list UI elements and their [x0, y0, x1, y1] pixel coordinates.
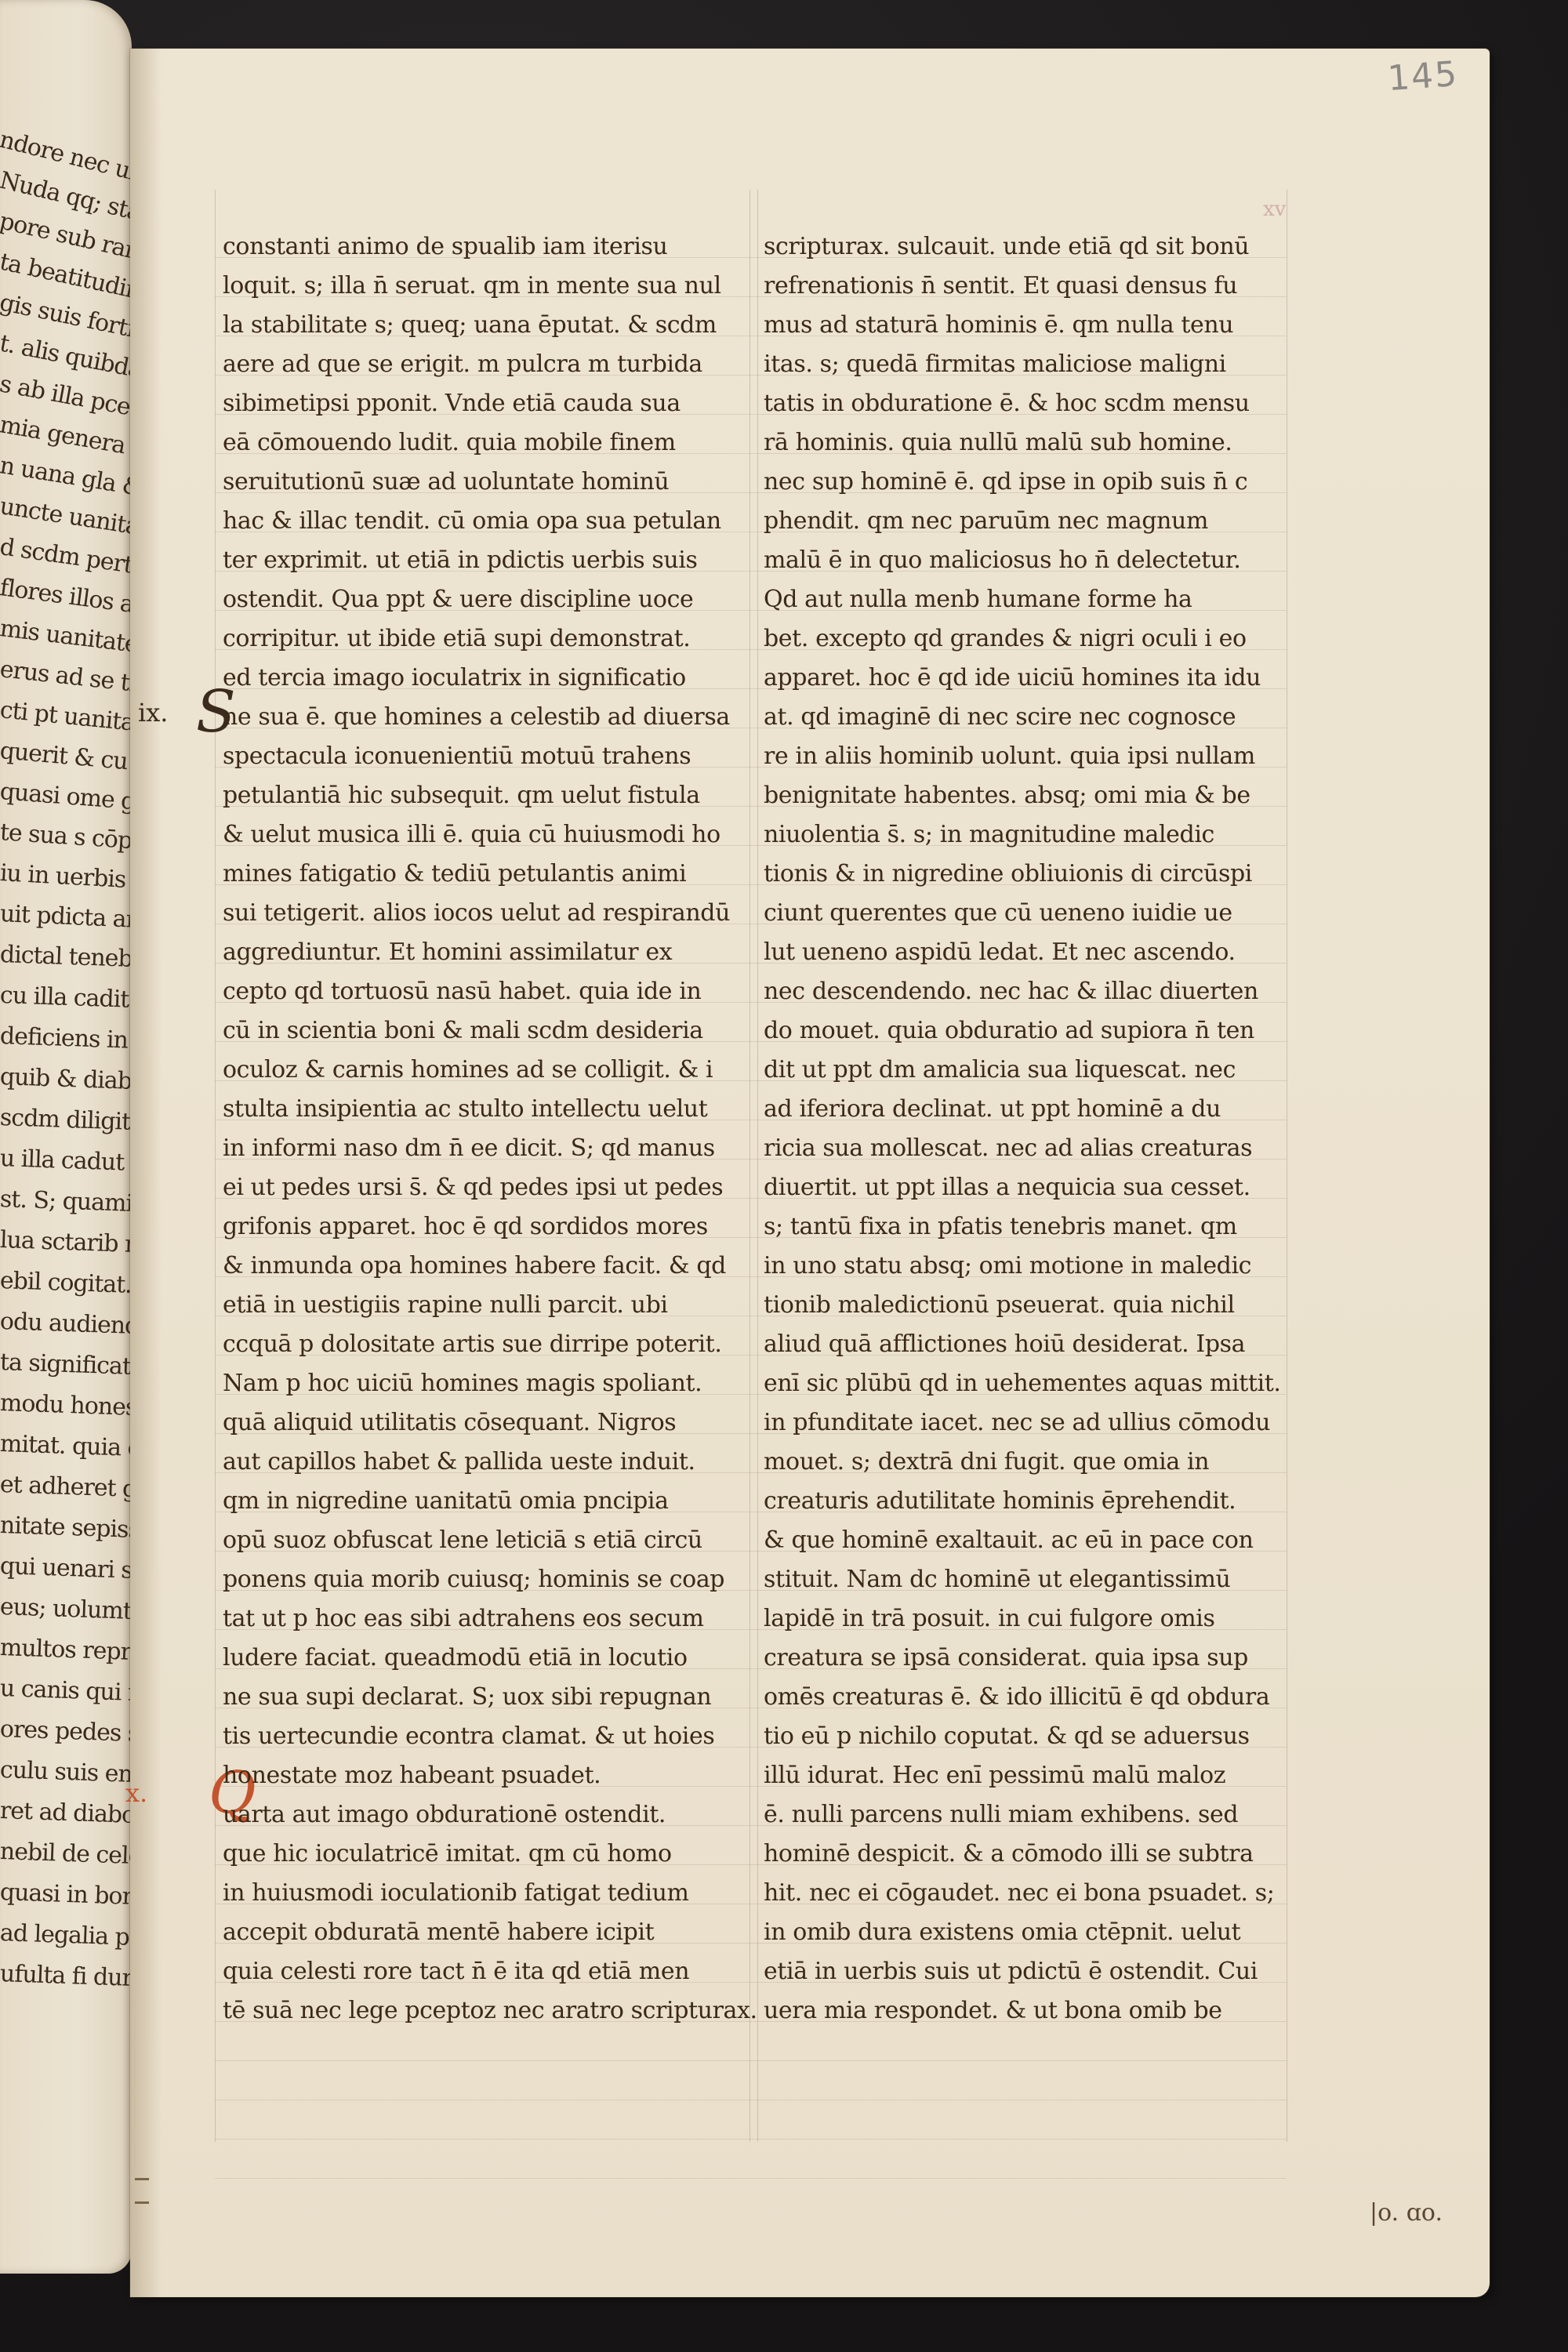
- text-line: refrenationis n̄ sentit. Et quasi densus…: [764, 267, 1312, 306]
- text-line: in omib dura existens omia ctēpnit. uelu…: [764, 1913, 1312, 1952]
- text-line: grifonis apparet. hoc ē qd sordidos more…: [223, 1207, 771, 1247]
- folio-number: 145: [1386, 54, 1459, 99]
- text-line: stulta insipientia ac stulto intellectu …: [223, 1090, 771, 1129]
- text-line: benignitate habentes. absq; omi mia & be: [764, 776, 1312, 815]
- text-line: & inmunda opa homines habere facit. & qd: [223, 1247, 771, 1286]
- text-line: & que hominē exaltauit. ac eū in pace co…: [764, 1521, 1312, 1560]
- text-line: tat ut p hoc eas sibi adtrahens eos secu…: [223, 1599, 771, 1639]
- text-line: mus ad staturā hominis ē. qm nulla tenu: [764, 306, 1312, 345]
- facing-page-line: eus; uolumtat: [0, 1593, 132, 1626]
- text-line: hominē despicit. & a cōmodo illi se subt…: [764, 1835, 1312, 1874]
- text-line: ter exprimit. ut etiā in pdictis uerbis …: [223, 541, 771, 580]
- text-line: in informi naso dm n̄ ee dicit. S; qd ma…: [223, 1129, 771, 1168]
- text-line: mines fatigatio & tediū petulantis animi: [223, 855, 771, 894]
- text-line: tatis in obduratione ē. & hoc scdm mensu: [764, 384, 1312, 423]
- facing-page-line: ufulta fi durig: [0, 1960, 132, 1993]
- text-line: ne sua ē. que homines a celestib ad diue…: [223, 698, 771, 737]
- ruling-line: [215, 2178, 1287, 2179]
- text-line: omēs creaturas ē. & ido illicitū ē qd ob…: [764, 1678, 1312, 1717]
- text-line: hac & illac tendit. cū omia opa sua petu…: [223, 502, 771, 541]
- facing-page-line: u canis qui mult: [0, 1675, 132, 1708]
- text-line: sibimetipsi pponit. Vnde etiā cauda sua: [223, 384, 771, 423]
- text-line: ludere faciat. queadmodū etiā in locutio: [223, 1639, 771, 1678]
- text-line: uarta aut imago obdurationē ostendit.: [223, 1795, 771, 1835]
- facing-page-line: u illa cadut celu: [0, 1145, 132, 1178]
- facing-page-line: odu audiend ip: [0, 1308, 132, 1341]
- text-line: ed tercia imago ioculatrix in significat…: [223, 659, 771, 698]
- text-line: tio eū p nichilo coputat. & qd se aduers…: [764, 1717, 1312, 1756]
- text-line: illū idurat. Hec enī pessimū malū maloz: [764, 1756, 1312, 1795]
- text-line: in uno statu absq; omi motione in maledi…: [764, 1247, 1312, 1286]
- text-line: cepto qd tortuosū nasū habet. quia ide i…: [223, 972, 771, 1011]
- facing-page-line: cu illa cadit. boni: [0, 982, 132, 1015]
- text-line: s; tantū fixa in pfatis tenebris manet. …: [764, 1207, 1312, 1247]
- text-line: dit ut ppt dm amalicia sua liquescat. ne…: [764, 1051, 1312, 1090]
- text-line: ponens quia morib cuiusq; hominis se coa…: [223, 1560, 771, 1599]
- binding-mark: [135, 2201, 149, 2204]
- text-line: corripitur. ut ibide etiā supi demonstra…: [223, 619, 771, 659]
- text-line: etiā in uerbis suis ut pdictū ē ostendit…: [764, 1952, 1312, 1991]
- facing-page-line: dictal tenebral corru: [0, 941, 132, 976]
- facing-page-line: te sua s cōponit. quia: [0, 818, 132, 862]
- marginal-numeral-x: x.: [125, 1778, 147, 1808]
- text-line: ostendit. Qua ppt & uere discipline uoce: [223, 580, 771, 619]
- ruling-line: [215, 2060, 1287, 2061]
- faint-rubric-mark: xv: [1263, 198, 1286, 221]
- text-line: opū suoz obfuscat lene leticiā s etiā ci…: [223, 1521, 771, 1560]
- facing-page-line: uit pdicta arbor rad: [0, 900, 132, 938]
- text-line: ne sua supi declarat. S; uox sibi repugn…: [223, 1678, 771, 1717]
- text-line: hit. nec ei cōgaudet. nec ei bona psuade…: [764, 1874, 1312, 1913]
- text-line: Qd aut nulla menb humane forme ha: [764, 580, 1312, 619]
- facing-page-line: et adheret gratia: [0, 1471, 132, 1504]
- text-line: honestate moz habeant psuadet.: [223, 1756, 771, 1795]
- text-line: tionis & in nigredine obliuionis di circ…: [764, 855, 1312, 894]
- text-column-right: scripturax. sulcauit. unde etiā qd sit b…: [764, 227, 1312, 2031]
- text-line: niuolentia s̄. s; in magnitudine maledic: [764, 815, 1312, 855]
- text-line: at. qd imaginē di nec scire nec cognosce: [764, 698, 1312, 737]
- text-line: ei ut pedes ursi s̄. & qd pedes ipsi ut …: [223, 1168, 771, 1207]
- facing-page-line: nebil de celesti: [0, 1838, 132, 1871]
- text-line: cū in scientia boni & mali scdm desideri…: [223, 1011, 771, 1051]
- facing-page-line: quib & diabolus fuit: [0, 1063, 132, 1098]
- text-line: diuertit. ut ppt illas a nequicia sua ce…: [764, 1168, 1312, 1207]
- text-line: itas. s; quedā firmitas maliciose malign…: [764, 345, 1312, 384]
- text-line: in pfunditate iacet. nec se ad ullius cō…: [764, 1403, 1312, 1443]
- marginal-numeral-ix: ix.: [138, 698, 168, 728]
- text-line: Nam p hoc uiciū homines magis spoliant.: [223, 1364, 771, 1403]
- facing-page-line: multos reprehend: [0, 1634, 132, 1668]
- text-line: que hic ioculatricē imitat. qm cū homo: [223, 1835, 771, 1874]
- text-line: ad iferiora declinat. ut ppt hominē a du: [764, 1090, 1312, 1129]
- facing-page-line: culu suis ent: [0, 1756, 132, 1788]
- text-line: constanti animo de spualib iam iterisu: [223, 227, 771, 267]
- text-line: loquit. s; illa n̄ seruat. qm in mente s…: [223, 267, 771, 306]
- text-line: etiā in uestigiis rapine nulli parcit. u…: [223, 1286, 771, 1325]
- facing-page-line: modu honesta: [0, 1389, 132, 1422]
- text-line: tē suā nec lege pceptoz nec aratro scrip…: [223, 1991, 771, 2031]
- facing-page-edge: ndore nec ulla claritaNuda qq; stans bra…: [0, 0, 132, 2274]
- text-line: nec sup hominē ē. qd ipse in opib suis n…: [764, 463, 1312, 502]
- facing-page-line: ret ad diabolu p: [0, 1797, 132, 1831]
- text-line: qm in nigredine uanitatū omia pncipia: [223, 1482, 771, 1521]
- text-line: seruitutionū suæ ad uoluntate hominū: [223, 463, 771, 502]
- text-line: la stabilitate s; queq; uana ēputat. & s…: [223, 306, 771, 345]
- text-line: re in aliis hominib uolunt. quia ipsi nu…: [764, 737, 1312, 776]
- manuscript-folio: 145 xv |o. ɑo. ix. x. S Q constanti anim…: [130, 49, 1490, 2297]
- facing-page-line: deficiens in fidelita: [0, 1022, 132, 1057]
- text-line: lut ueneno aspidū ledat. Et nec ascendo.: [764, 933, 1312, 972]
- facing-page-line: querit & cu eas inuen: [0, 737, 132, 786]
- text-line: scripturax. sulcauit. unde etiā qd sit b…: [764, 227, 1312, 267]
- facing-page-line: ad legalia pcept: [0, 1919, 132, 1953]
- facing-page-line: lua sctarib reuid: [0, 1226, 132, 1260]
- text-line: tis uertecundie econtra clamat. & ut hoi…: [223, 1717, 771, 1756]
- text-column-left: constanti animo de spualib iam iterisulo…: [223, 227, 771, 2031]
- text-line: aut capillos habet & pallida ueste indui…: [223, 1443, 771, 1482]
- facing-page-line: nitate sepisseme de: [0, 1512, 132, 1547]
- text-line: aere ad que se erigit. m pulcra m turbid…: [223, 345, 771, 384]
- text-line: ccquā p dolositate artis sue dirripe pot…: [223, 1325, 771, 1364]
- facing-page-line: quasi ome genus flor: [0, 778, 132, 823]
- text-line: uera mia respondet. & ut bona omib be: [764, 1991, 1312, 2031]
- text-line: petulantiā hic subsequit. qm uelut fistu…: [223, 776, 771, 815]
- text-line: in huiusmodi ioculationib fatigat tedium: [223, 1874, 771, 1913]
- text-line: ciunt querentes que cū ueneno iuidie ue: [764, 894, 1312, 933]
- text-line: rā hominis. quia nullū malū sub homine.: [764, 423, 1312, 463]
- text-line: mouet. s; dextrā dni fugit. que omia in: [764, 1443, 1312, 1482]
- text-line: accepit obduratā mentē habere icipit: [223, 1913, 771, 1952]
- facing-page-line: st. S; quami cadu: [0, 1185, 132, 1220]
- text-line: creaturis adutilitate hominis ēprehendit…: [764, 1482, 1312, 1521]
- text-line: phendit. qm nec paruūm nec magnum: [764, 502, 1312, 541]
- text-line: quā aliquid utilitatis cōsequant. Nigros: [223, 1403, 771, 1443]
- text-line: spectacula iconuenientiū motuū trahens: [223, 737, 771, 776]
- facing-page-line: ores pedes suos sta: [0, 1715, 132, 1751]
- ruling-line: [215, 2100, 1287, 2100]
- gutter-shadow: [130, 49, 162, 2297]
- ruling-line: [215, 2139, 1287, 2140]
- text-line: ricia sua mollescat. nec ad alias creatu…: [764, 1129, 1312, 1168]
- text-line: quia celesti rore tact n̄ ē ita qd etiā …: [223, 1952, 771, 1991]
- facing-page-line: iu in uerbis suis supius: [0, 859, 132, 901]
- text-line: oculoz & carnis homines ad se colligit. …: [223, 1051, 771, 1090]
- text-line: creatura se ipsā considerat. quia ipsa s…: [764, 1639, 1312, 1678]
- text-line: enī sic plūbū qd in uehementes aquas mit…: [764, 1364, 1312, 1403]
- text-line: eā cōmouendo ludit. quia mobile finem: [223, 423, 771, 463]
- text-line: aliud quā afflictiones hoiū desiderat. I…: [764, 1325, 1312, 1364]
- text-line: stituit. Nam dc hominē ut elegantissimū: [764, 1560, 1312, 1599]
- text-line: apparet. hoc ē qd ide uiciū homines ita …: [764, 659, 1312, 698]
- ruling-line: [215, 190, 216, 2142]
- shelf-mark: |o. ɑo.: [1370, 2199, 1443, 2227]
- facing-page-line: ebil cogitat. ut hu: [0, 1267, 132, 1301]
- text-line: & uelut musica illi ē. quia cū huiusmodi…: [223, 815, 771, 855]
- facing-page-line: quasi in boni: [0, 1878, 132, 1911]
- text-line: do mouet. quia obduratio ad supiora n̄ t…: [764, 1011, 1312, 1051]
- text-line: aggrediuntur. Et homini assimilatur ex: [223, 933, 771, 972]
- text-line: tionib maledictionū pseuerat. quia nichi…: [764, 1286, 1312, 1325]
- text-line: bet. excepto qd grandes & nigri oculi i …: [764, 619, 1312, 659]
- binding-mark: [135, 2178, 149, 2180]
- text-line: nec descendendo. nec hac & illac diuerte…: [764, 972, 1312, 1011]
- facing-page-line: qui uenari soler q: [0, 1552, 132, 1587]
- facing-page-line: mitat. quia cu bon: [0, 1430, 132, 1465]
- facing-page-line: ta significat.: [0, 1348, 132, 1381]
- text-line: sui tetigerit. alios iocos uelut ad resp…: [223, 894, 771, 933]
- text-line: ē. nulli parcens nulli miam exhibens. se…: [764, 1795, 1312, 1835]
- facing-page-line: scdm diligit. boni: [0, 1104, 132, 1138]
- text-line: malū ē in quo maliciosus ho n̄ delectetu…: [764, 541, 1312, 580]
- text-line: lapidē in trā posuit. in cui fulgore omi…: [764, 1599, 1312, 1639]
